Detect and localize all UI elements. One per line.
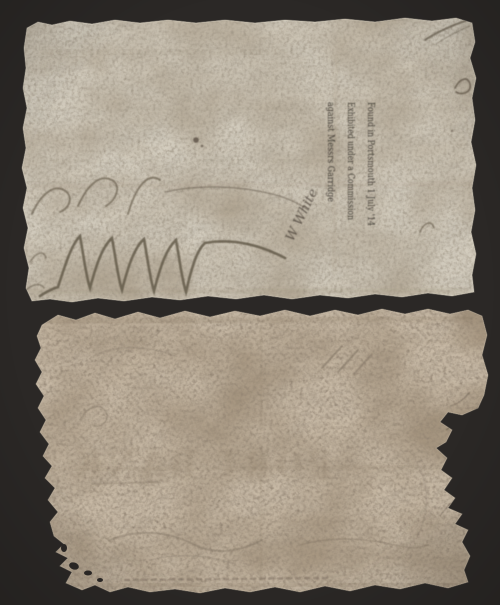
photo-canvas: Found in Portsmouth 1 July '14 Exhibited… xyxy=(0,0,500,605)
banknotes-photograph: Found in Portsmouth 1 July '14 Exhibited… xyxy=(0,0,500,605)
photo-vignette xyxy=(0,0,500,605)
